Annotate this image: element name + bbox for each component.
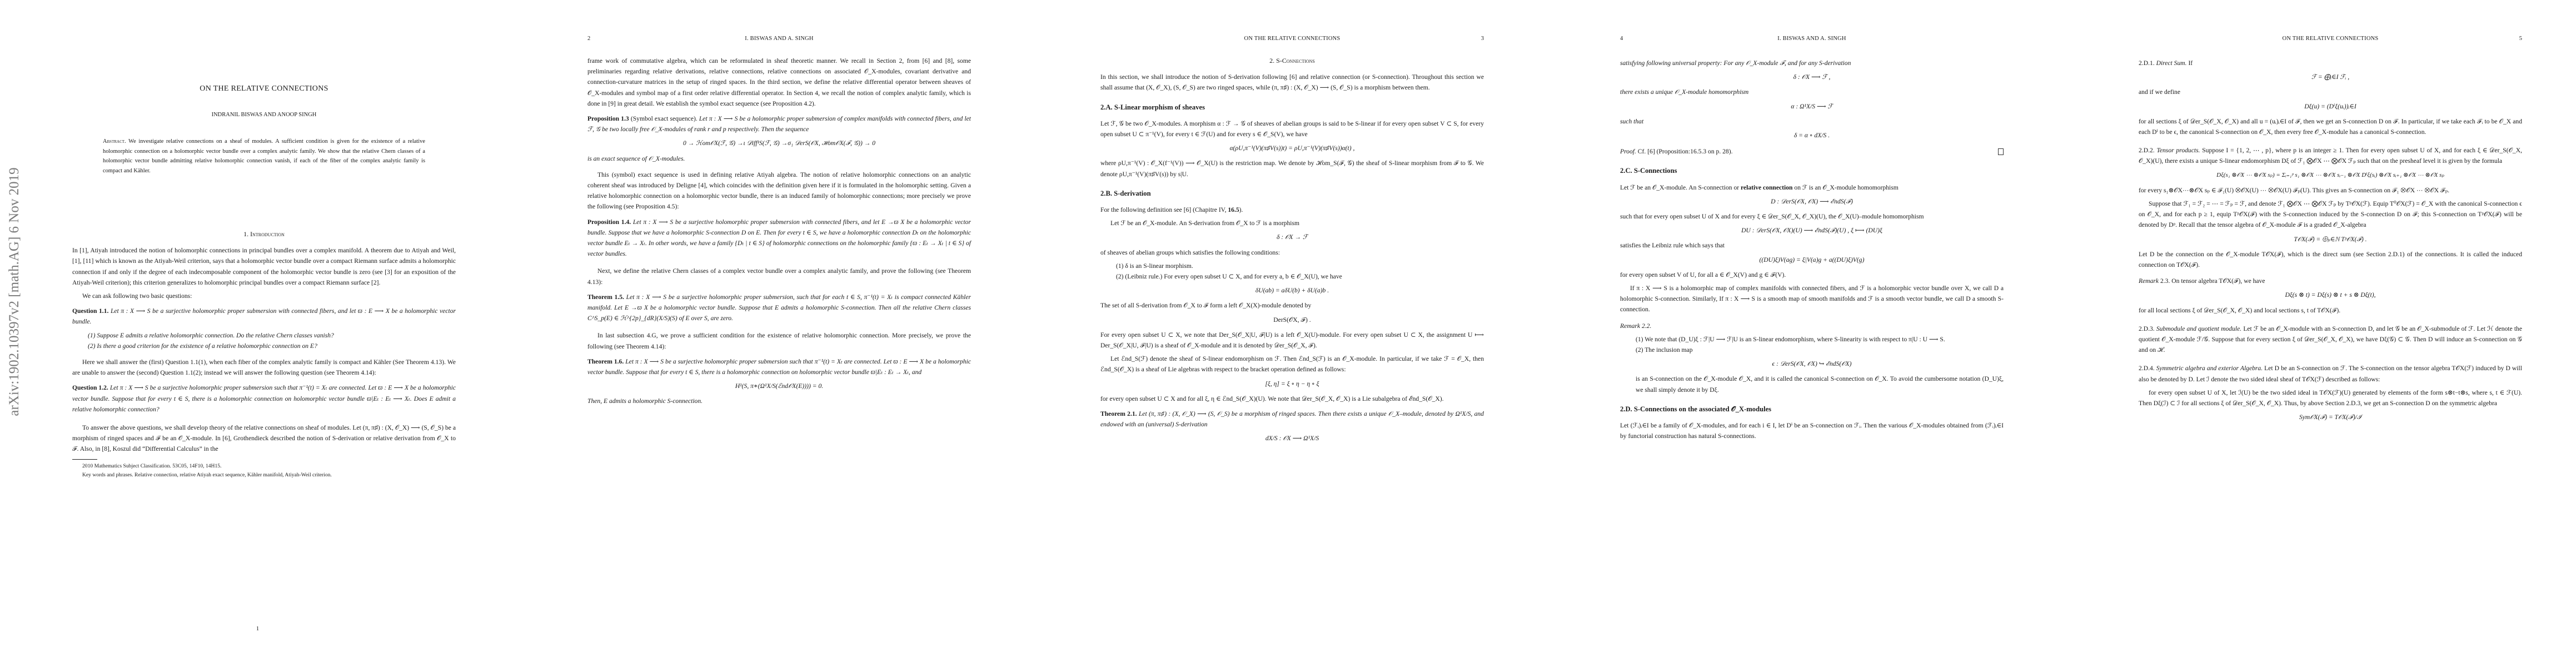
condition-2: (2) (Leibniz rule.) For every open subse… [1116,271,1484,282]
abstract: Abstract. We investigate relative connec… [103,137,425,176]
equation: Sym𝒪X(ℱ) = T𝒪X(ℱ)/ℐ [2139,412,2522,422]
paragraph: Suppose that ℱ₁ = ℱ₂ = ⋯ = ℱₚ = ℱ, and d… [2139,198,2522,231]
label: 2.D.3. [2139,325,2155,332]
paragraph: The set of all S-derivation from 𝒪_X to … [1100,300,1484,311]
paragraph: Next, we define the relative Chern class… [587,266,971,287]
footnote-keywords: Key words and phrases. Relative connecti… [72,471,456,480]
text: If [2188,59,2193,67]
running-head-title: I. BISWAS AND A. SINGH [1620,36,2004,42]
qed-square-icon [1998,148,2004,155]
theorem-1-6-text: Let π : X ⟶ S be a surjective holomorphi… [587,358,971,376]
remark-2-2-list: (1) We note that (D_U)ξ : ℱ|U ⟶ ℱ|U is a… [1636,334,2004,355]
question-1-1-item-2: (2) Is there a good criterion for the ex… [88,341,456,351]
proposition-1-4-label: Proposition 1.4. [587,218,631,226]
running-head: ON THE RELATIVE CONNECTIONS 3 [1100,36,1484,44]
footnote-msc: 2010 Mathematics Subject Classification.… [72,462,456,471]
theorem-2-1-text: Let (π, π♯) : (X, 𝒪_X) ⟶ (S, 𝒪_S) be a m… [1100,410,1484,428]
subsection-heading-2d: 2.D. S-Connections on the associated 𝒪_X… [1620,404,2004,415]
subsubsection-2d1: 2.D.1. Direct Sum. If [2139,58,2522,68]
equation: α : Ω¹X/S ⟶ ℱ [1620,101,2004,112]
condition-1: (1) δ is an S-linear morphism. [1116,261,1484,271]
paper-authors: INDRANIL BISWAS AND ANOOP SINGH [72,109,456,120]
abstract-text: We investigate relative connections on a… [103,138,425,174]
text: ). [1239,206,1243,213]
theorem-1-5-text: Let π : X ⟶ S be a surjective holomorphi… [587,293,971,322]
proposition-1-4-text: Let π : X ⟶ S be a surjective holomorphi… [587,218,971,258]
equation: α(ρU,π⁻¹(V)(π♯V(s))t) = ρU,π⁻¹(V)(π♯V(s)… [1100,143,1484,153]
proof: Proof. Cf. [6] (Proposition:16.5.3 on p.… [1620,146,2004,157]
subsection-heading-2b: 2.B. S-derivation [1100,188,1484,199]
theorem-1-5-label: Theorem 1.5. [587,293,624,301]
remark-continuation: is an S-connection on the 𝒪_X-module 𝒪_X… [1636,374,2004,395]
page-number: 1 [0,625,515,632]
text: Let ℱ be an 𝒪_X-module. An S-connection … [1620,184,1741,191]
paragraph: such that for every open subset U of X a… [1620,211,2004,222]
label: 2.D.1. [2139,59,2155,67]
paragraph: This (symbol) exact sequence is used in … [587,170,971,212]
page-4: 4 I. BISWAS AND A. SINGH satisfying foll… [1546,0,2061,667]
paragraph: for every open subset U of X, let ℐ(U) b… [2139,387,2522,409]
title: Tensor products. [2156,147,2200,154]
paragraph: In last subsection 4.G, we prove a suffi… [587,330,971,351]
proof-label: Proof. [1620,148,1636,155]
paragraph: If π : X ⟶ S is a holomorphic map of com… [1620,283,2004,315]
subsection-heading-2c: 2.C. S-Connections [1620,166,2004,176]
page-5: ON THE RELATIVE CONNECTIONS 5 2.D.1. Dir… [2061,0,2576,667]
question-1-2-text: Let π : X ⟶ S be a surjective holomorphi… [72,384,456,412]
paragraph: for all sections ξ of 𝒟er_S(𝒪_X, 𝒪_X) an… [2139,116,2522,137]
section-heading-introduction: 1. Introduction [72,229,456,240]
equation: δ = α ∘ dX/S . [1620,130,2004,141]
paragraph: for all local sections ξ of 𝒟er_S(𝒪_X, 𝒪… [2139,305,2522,316]
remark-number: 2.3. [2160,277,2170,285]
paragraph: For every open subset U ⊂ X, we note tha… [1100,330,1484,351]
equation: D : 𝒟erS(𝒪X, 𝒪X) ⟶ ℰndS(ℱ) [1620,196,2004,207]
equation: Dξ(u) = (Dⁱξ(uᵢ))ᵢ∈I [2139,101,2522,112]
paragraph: For the following definition see [6] (Ch… [1100,205,1484,215]
proposition-1-3: Proposition 1.3 (Symbol exact sequence).… [587,113,971,135]
symbol-exact-sequence: 0 → ℋom𝒪X(ℱ, 𝒢) →ι 𝒟iff¹S(ℱ, 𝒢) →σ₁ 𝒟erS… [587,138,971,148]
paragraph: satisfying following universal property:… [1620,58,2004,68]
equation: dX/S : 𝒪X ⟶ Ω¹X/S [1100,433,1484,444]
paragraph: In this section, we shall introduce the … [1100,72,1484,93]
page-1: arXiv:1902.10397v2 [math.AG] 6 Nov 2019 … [0,0,515,667]
running-head-title: I. BISWAS AND A. SINGH [587,36,971,42]
equation: δ : 𝒪X ⟶ ℱ , [1620,72,2004,82]
equation: [ξ, η] = ξ ∘ η − η ∘ ξ [1100,379,1484,389]
equation: ((DU)ξ)V(ag) = ξ|V(a)g + a((DU)ξ)V(g) [1620,255,2004,265]
question-1-1-list: (1) Suppose E admits a relative holomorp… [88,330,456,351]
paragraph: Let ℱ be an 𝒪_X-module. An S-derivation … [1100,218,1484,228]
running-head: 2 I. BISWAS AND A. SINGH [587,36,971,44]
page-number: 3 [1481,36,1484,42]
section-heading-s-connections: 2. S-Connections [1100,56,1484,66]
paragraph: Let ℱ, 𝒢 be two 𝒪_X-modules. A morphism … [1100,118,1484,140]
question-1-1-label: Question 1.1. [72,307,108,315]
paragraph: there exists a unique 𝒪_X-module homomor… [1620,87,2004,97]
bold-term: relative connection [1741,184,1792,191]
remark-item-2: (2) The inclusion map [1636,345,2004,355]
intro-paragraph-2: We can ask following two basic questions… [72,291,456,301]
question-1-1-item-1: (1) Suppose E admits a relative holomorp… [88,330,456,341]
paragraph: Let D be the connection on the 𝒪_X-modul… [2139,249,2522,270]
page-number: 5 [2519,36,2522,42]
label: 2.D.2. [2139,147,2155,154]
label: 2.D.4. [2139,365,2155,372]
intro-paragraph-4: To answer the above questions, we shall … [72,422,456,455]
question-1-1: Question 1.1. Let π : X ⟶ S be a surject… [72,306,456,327]
theorem-1-5: Theorem 1.5. Let π : X ⟶ S be a surjecti… [587,292,971,324]
paragraph: for every s₁⊗𝒪X⋯⊗𝒪X sₚ ∈ ℱ₁(U) ⨂𝒪X(U) ⋯ … [2139,185,2522,196]
arxiv-stamp: arXiv:1902.10397v2 [math.AG] 6 Nov 2019 [3,114,26,470]
subsubsection-2d4: 2.D.4. Symmetric algebra and exterior Al… [2139,363,2522,384]
equation: δ : 𝒪X → ℱ [1100,232,1484,242]
text: on ℱ is an 𝒪_X-module homomorphism [1793,184,1899,191]
title: Symmetric algebra and exterior Algebra. [2156,365,2263,372]
equation: DU : 𝒟erS(𝒪X, 𝒪X)(U) ⟶ ℰndS(ℱ)(U) , ξ ⟼ … [1620,225,2004,236]
question-1-1-text: Let π : X ⟶ S be a surjective holomorphi… [72,307,456,325]
paragraph: satisfies the Leibniz rule which says th… [1620,240,2004,251]
paragraph: Let ℱ be an 𝒪_X-module. An S-connection … [1620,182,2004,193]
paragraph: Let (ℱᵢ)ᵢ∈I be a family of 𝒪_X-modules, … [1620,420,2004,441]
proof-text: Cf. [6] (Proposition:16.5.3 on p. 28). [1638,148,1733,155]
paragraph: for every open subset U ⊂ X and for all … [1100,394,1484,404]
theorem-2-1: Theorem 2.1. Let (π, π♯) : (X, 𝒪_X) ⟶ (S… [1100,409,1484,430]
proposition-1-3-label: Proposition 1.3 [587,115,629,122]
proposition-1-3-paren: (Symbol exact sequence). [631,115,697,122]
equation: ϵ : 𝒟erS(𝒪X, 𝒪X) ↪ ℰndS(𝒪X) [1620,359,2004,369]
running-head-title: ON THE RELATIVE CONNECTIONS [1100,36,1484,42]
remark-label: Remark [2139,277,2159,285]
equation: Dξ(s₁ ⊗𝒪X ⋯ ⊗𝒪X sₚ) = Σᵢ₌₁ᵖ s₁ ⊗𝒪X ⋯ ⊗𝒪X… [2139,170,2522,181]
paragraph: frame work of commutative algebra, which… [587,56,971,109]
question-1-2-label: Question 1.2. [72,384,108,391]
paragraph: where ρU,π⁻¹(V) : 𝒪_X(f⁻¹(V)) ⟶ 𝒪_X(U) i… [1100,158,1484,179]
running-head: ON THE RELATIVE CONNECTIONS 5 [2139,36,2522,44]
subsubsection-2d2: 2.D.2. Tensor products. Suppose I = {1, … [2139,145,2522,166]
theorem-1-6-label: Theorem 1.6. [587,358,624,365]
remark-2-3: Remark 2.3. On tensor algebra T𝒪X(ℱ), we… [2139,276,2522,286]
abstract-label: Abstract. [103,138,126,145]
equation: DerS(𝒪X, ℱ) . [1100,315,1484,325]
remark-2-2-label: Remark 2.2. [1620,321,2004,331]
running-head-title: ON THE RELATIVE CONNECTIONS [2139,36,2522,42]
conditions-list: (1) δ is an S-linear morphism. (2) (Leib… [1116,261,1484,282]
equation: T𝒪X(ℱ) = ⨁ₚ∈ℕ Tᵖ𝒪X(ℱ) . [2139,234,2522,245]
footnote-rule [72,459,97,460]
theorem-1-6-equation: H¹(S, π∗(Ω¹X/S(ℰnd𝒪X(E)))) = 0. [587,381,971,391]
intro-paragraph-3: Here we shall answer the (first) Questio… [72,357,456,378]
bold-ref: 16.5 [1228,206,1239,213]
paper-title: ON THE RELATIVE CONNECTIONS [72,83,456,94]
remark-text: On tensor algebra T𝒪X(ℱ), we have [2171,277,2265,285]
page-2: 2 I. BISWAS AND A. SINGH frame work of c… [515,0,1030,667]
paragraph: Let ℰnd_S(ℱ) denote the sheaf of S-linea… [1100,354,1484,375]
equation: ℱ = ⨁ᵢ∈I ℱᵢ , [2139,72,2522,82]
equation: Dξ(s ⊗ t) = Dξ(s) ⊗ t + s ⊗ Dξ(t), [2139,290,2522,300]
theorem-1-6-conclusion: Then, E admits a holomorphic S-connectio… [587,396,971,406]
remark-item-1: (1) We note that (D_U)ξ : ℱ|U ⟶ ℱ|U is a… [1636,334,2004,345]
title: Direct Sum. [2156,59,2187,67]
running-head: 4 I. BISWAS AND A. SINGH [1620,36,2004,44]
paragraph: such that [1620,116,2004,127]
arxiv-stamp-text: arXiv:1902.10397v2 [math.AG] 6 Nov 2019 [7,167,22,416]
title: Submodule and quotient module. [2156,325,2241,332]
proposition-1-3-conclusion: is an exact sequence of 𝒪_X-modules. [587,153,971,164]
proposition-1-4: Proposition 1.4. Let π : X ⟶ S be a surj… [587,217,971,260]
theorem-1-6: Theorem 1.6. Let π : X ⟶ S be a surjecti… [587,356,971,377]
theorem-2-1-label: Theorem 2.1. [1100,410,1137,417]
page-3: ON THE RELATIVE CONNECTIONS 3 2. S-Conne… [1030,0,1546,667]
question-1-2: Question 1.2. Let π : X ⟶ S be a surject… [72,382,456,415]
paragraph: of sheaves of abelian groups which satis… [1100,247,1484,258]
text: For the following definition see [6] (Ch… [1100,206,1228,213]
intro-paragraph-1: In [1], Atiyah introduced the notion of … [72,245,456,288]
subsubsection-2d3: 2.D.3. Submodule and quotient module. Le… [2139,323,2522,356]
paragraph: and if we define [2139,87,2522,97]
paragraph: for every open subset V of U, for all a … [1620,270,2004,280]
equation: δU(ab) = aδU(b) + δU(a)b . [1100,285,1484,296]
subsection-heading-2a: 2.A. S-Linear morphism of sheaves [1100,102,1484,113]
